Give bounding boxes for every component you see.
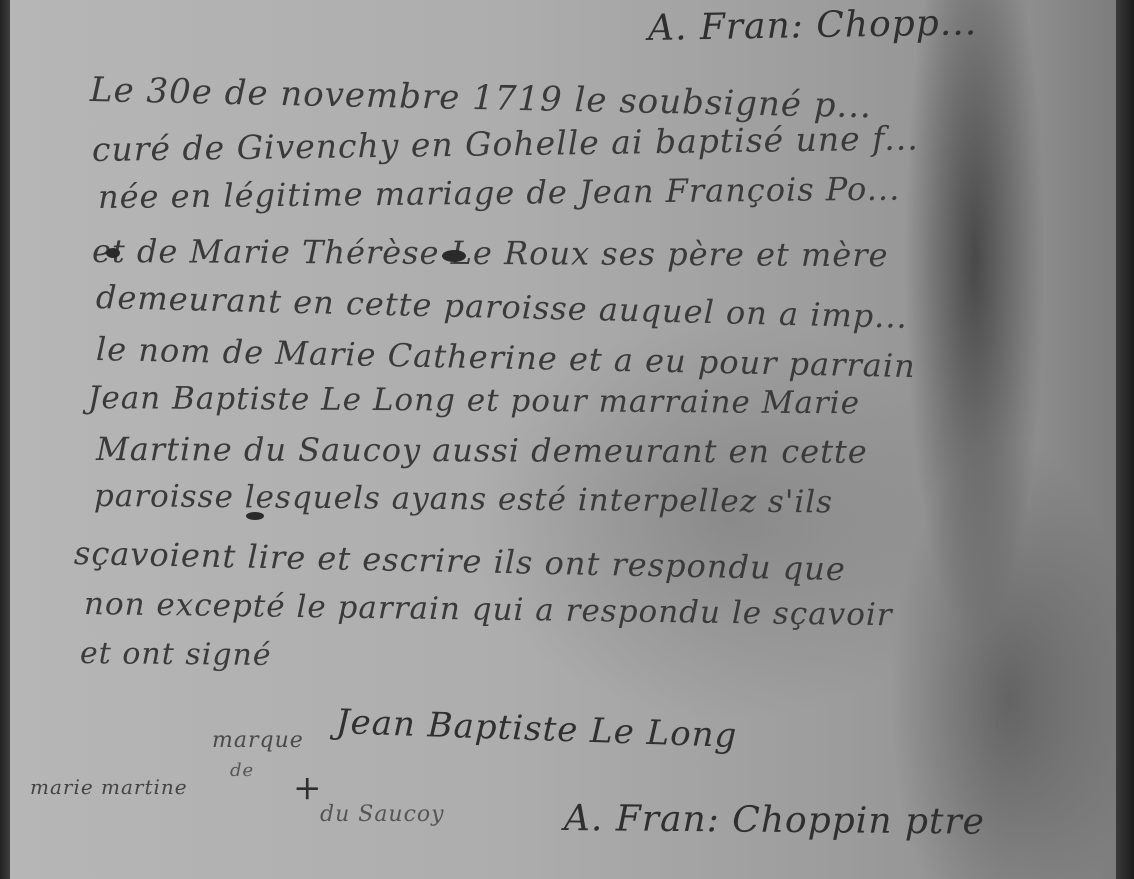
record-line-8: Martine du Saucoy aussi demeurant en cet… [96, 430, 868, 471]
godmother-surname: du Saucoy [320, 802, 445, 827]
record-line-4: et de Marie Thérèse Le Roux ses père et … [92, 232, 889, 274]
record-line-7: Jean Baptiste Le Long et pour marraine M… [88, 380, 860, 421]
record-line-11: non excepté le parrain qui a respondu le… [84, 586, 893, 633]
record-line-5: demeurant en cette paroisse auquel on a … [96, 278, 909, 336]
godfather-signature: Jean Baptiste Le Long [335, 702, 738, 756]
record-line-1: Le 30e de novembre 1719 le soubsigné p..… [90, 70, 873, 126]
record-line-9: paroisse lesquels ayans esté interpellez… [94, 478, 833, 520]
ink-blot [106, 248, 120, 258]
record-line-12: et ont signé [80, 636, 272, 673]
godmother-name: marie martine [30, 775, 188, 799]
scan-right-border [1116, 0, 1134, 879]
record-line-3: née en légitime mariage de Jean François… [98, 170, 901, 216]
godmother-mark-de: de [230, 760, 254, 781]
header-signature: A. Fran: Chopp... [648, 2, 978, 49]
scan-left-border [0, 0, 10, 879]
godmother-mark-label: marque [212, 728, 304, 753]
priest-signature: A. Fran: Choppin ptre [564, 798, 985, 843]
record-line-6: le nom de Marie Catherine et a eu pour p… [96, 330, 916, 385]
ink-blot [442, 250, 466, 262]
ink-blot [246, 512, 264, 520]
manuscript-page: A. Fran: Chopp... Le 30e de novembre 171… [10, 0, 1118, 879]
record-line-10: sçavoient lire et escrire ils ont respon… [74, 534, 847, 588]
cross-mark-icon: + [293, 768, 323, 808]
record-line-2: curé de Givenchy en Gohelle ai baptisé u… [92, 118, 919, 169]
